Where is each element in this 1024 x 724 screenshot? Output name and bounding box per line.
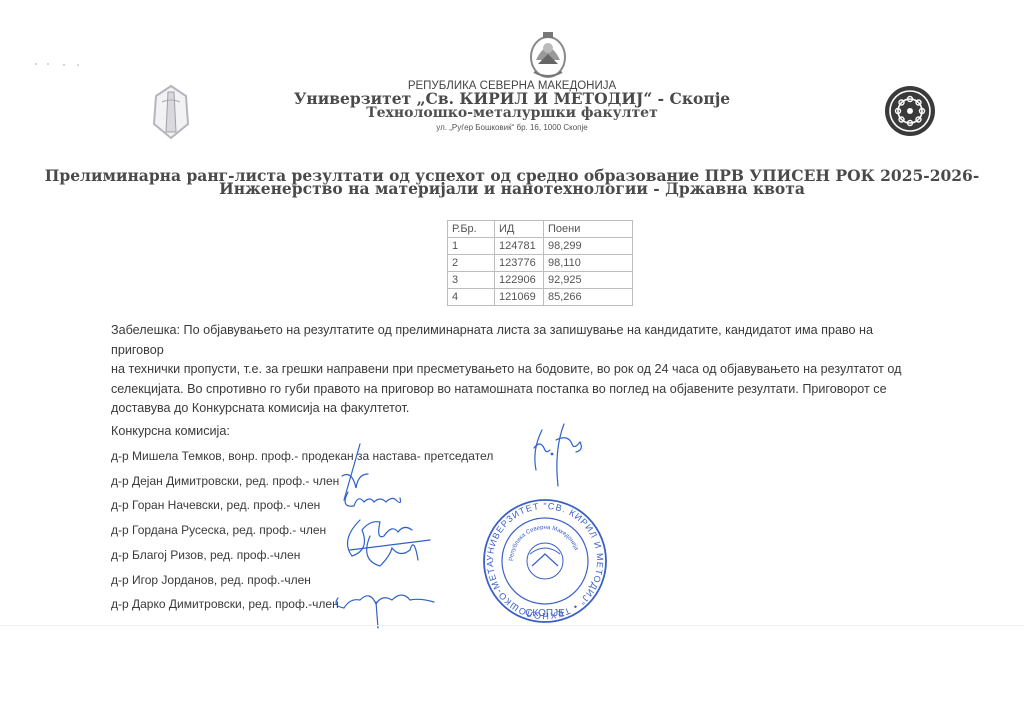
signatures <box>330 440 470 630</box>
note-line: Забелешка: По објавувањето на резултатит… <box>111 321 923 360</box>
committee-member: д-р Горан Начевски, ред. проф.- член <box>111 498 320 512</box>
faculty-emblem-icon <box>148 82 194 142</box>
header-points: Поени <box>544 221 633 238</box>
note-line: на технички пропусти, т.е. за грешки нап… <box>111 360 923 380</box>
note-line: селекцијата. Во спротивно го губи правот… <box>111 380 923 400</box>
note-paragraph: Забелешка: По објавувањето на резултатит… <box>111 321 923 419</box>
table-row: 4 121069 85,266 <box>448 289 633 306</box>
cell-points: 98,110 <box>544 255 633 272</box>
scan-divider <box>0 625 1024 626</box>
table-header-row: Р.Бр. ИД Поени <box>448 221 633 238</box>
cell-points: 92,925 <box>544 272 633 289</box>
cell-id: 122906 <box>495 272 544 289</box>
cell-id: 124781 <box>495 238 544 255</box>
table-row: 2 123776 98,110 <box>448 255 633 272</box>
note-line: доставува до Конкурсната комисија на фак… <box>111 399 923 419</box>
committee-heading: Конкурсна комисија: <box>111 424 230 438</box>
committee-member: д-р Благој Ризов, ред. проф.-член <box>111 548 300 562</box>
stamp-city: СКОПЈЕ <box>525 608 565 619</box>
cell-id: 123776 <box>495 255 544 272</box>
cell-rank: 4 <box>448 289 495 306</box>
committee-member: д-р Игор Јорданов, ред. проф.-член <box>111 573 311 587</box>
official-stamp: УНИВЕРЗИТЕТ "СВ. КИРИЛ И МЕТОДИЈ" • ТЕХН… <box>482 498 608 624</box>
cell-id: 121069 <box>495 289 544 306</box>
table-row: 1 124781 98,299 <box>448 238 633 255</box>
header-rank: Р.Бр. <box>448 221 495 238</box>
committee-member: д-р Дејан Димитровски, ред. проф.- член <box>111 474 339 488</box>
cell-rank: 2 <box>448 255 495 272</box>
gear-wheel-logo-icon <box>884 85 936 137</box>
committee-member: д-р Гордана Русеска, ред. проф.- член <box>111 523 326 537</box>
committee-member: д-р Дарко Димитровски, ред. проф.-член <box>111 597 339 611</box>
results-table: Р.Бр. ИД Поени 1 124781 98,299 2 123776 … <box>447 220 633 306</box>
header-id: ИД <box>495 221 544 238</box>
scan-artifact <box>34 62 84 66</box>
document-title-line2: Инженерство на материјали и нанотехнолог… <box>0 181 1024 197</box>
chair-signature <box>528 420 588 490</box>
cell-rank: 1 <box>448 238 495 255</box>
table-row: 3 122906 92,925 <box>448 272 633 289</box>
cell-rank: 3 <box>448 272 495 289</box>
cell-points: 98,299 <box>544 238 633 255</box>
coat-of-arms-icon <box>528 30 568 80</box>
cell-points: 85,266 <box>544 289 633 306</box>
